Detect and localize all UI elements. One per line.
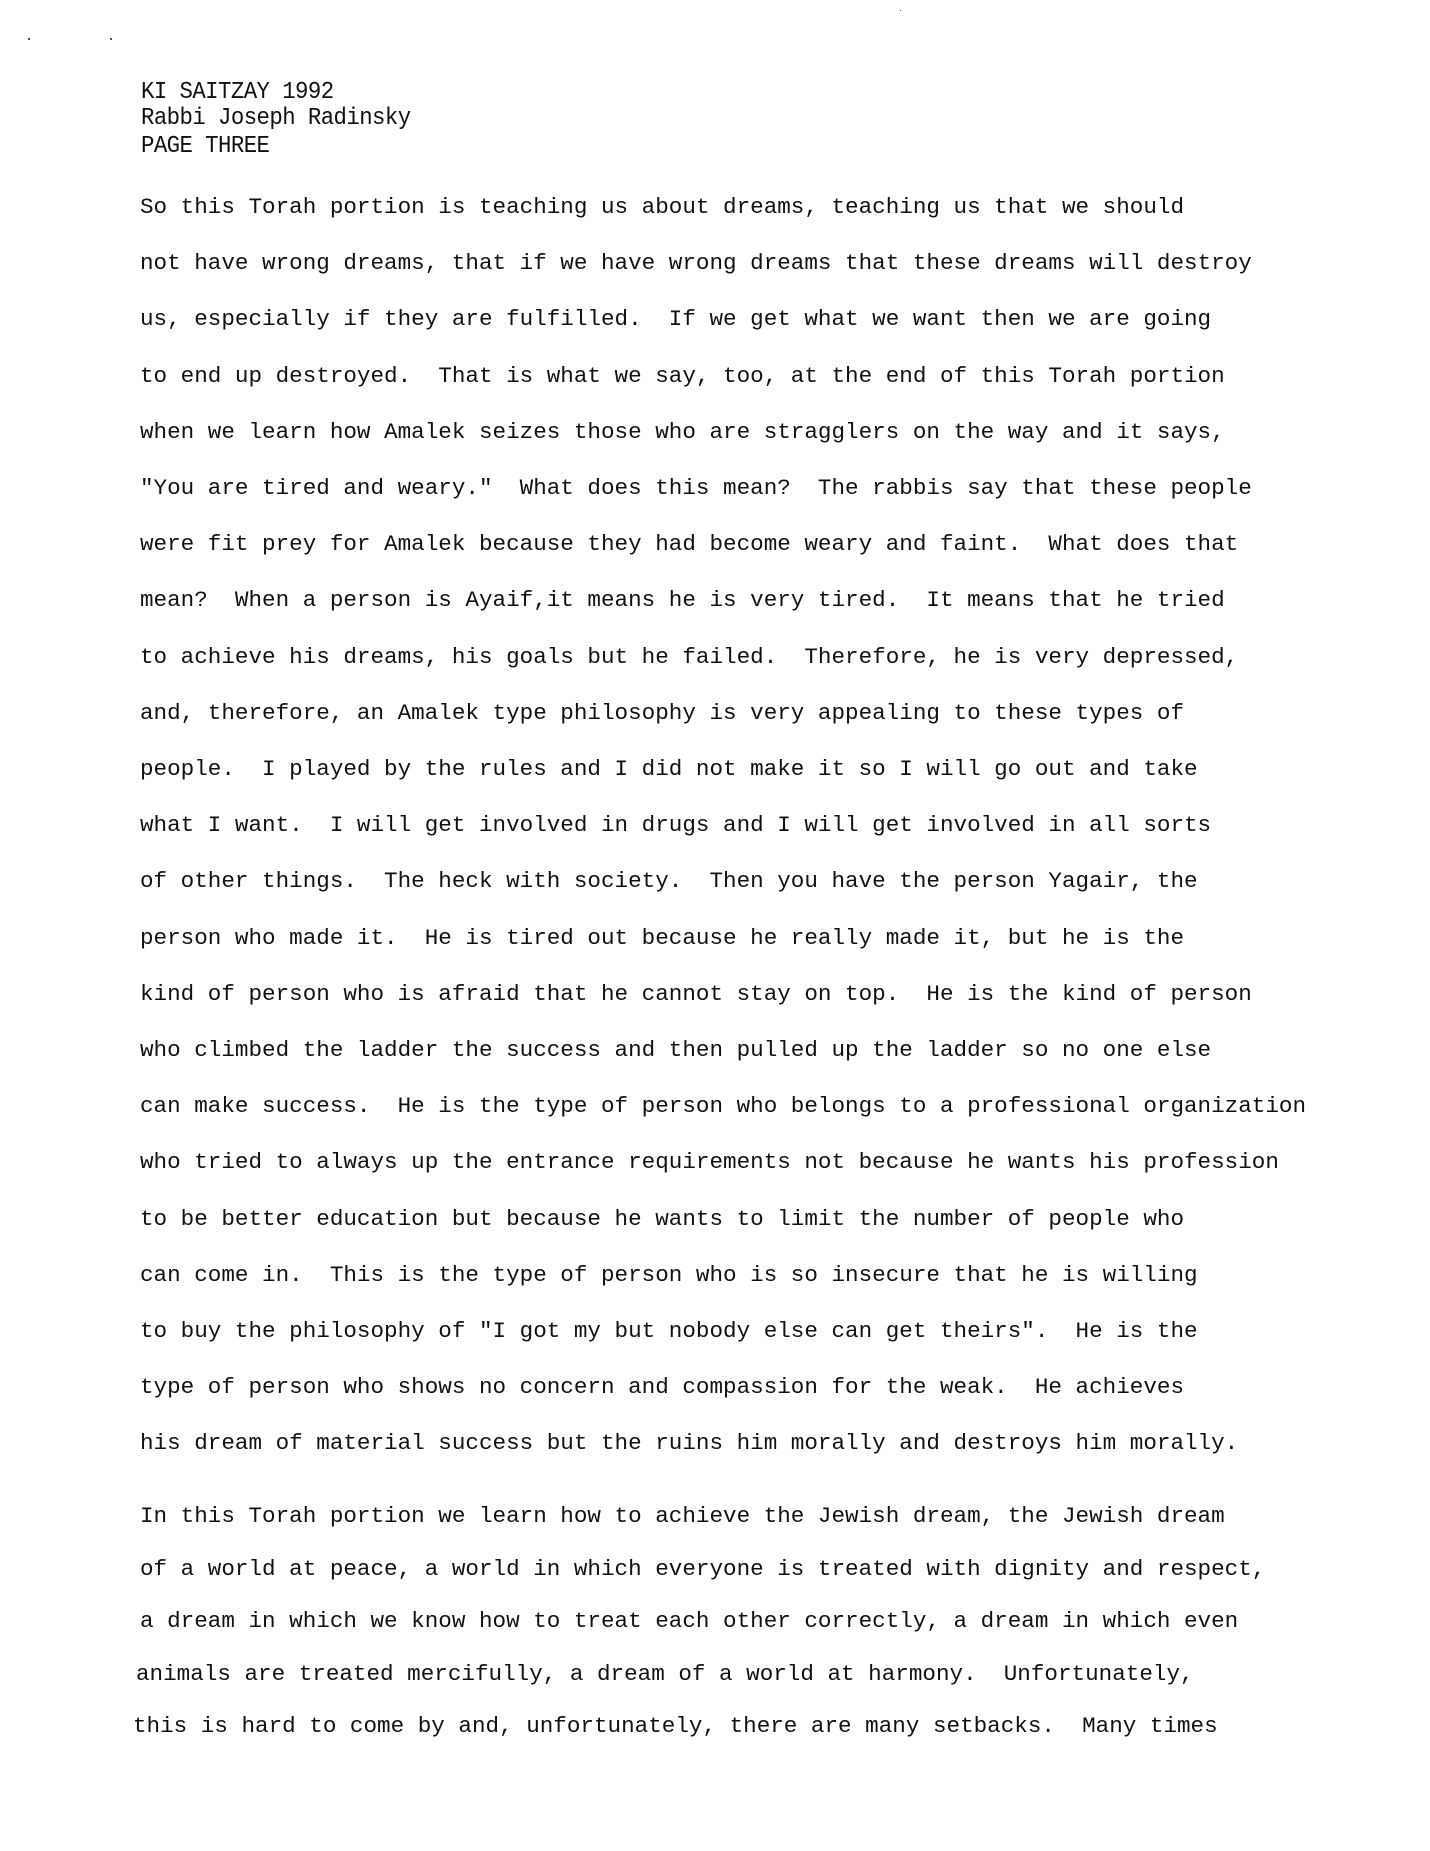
text-line: who tried to always up the entrance requ… (140, 1149, 1279, 1175)
text-line: who climbed the ladder the success and t… (140, 1037, 1211, 1063)
text-line: this is hard to come by and, unfortunate… (133, 1713, 1218, 1739)
scanned-page: KI SAITZAY 1992 Rabbi Joseph Radinsky PA… (0, 0, 1430, 1851)
scan-speck (900, 10, 901, 11)
text-line: to end up destroyed. That is what we say… (140, 363, 1225, 389)
text-line: of other things. The heck with society. … (140, 868, 1198, 894)
text-line: a dream in which we know how to treat ea… (140, 1608, 1238, 1634)
document-author: Rabbi Joseph Radinsky (141, 106, 411, 132)
text-line: not have wrong dreams, that if we have w… (140, 250, 1252, 276)
text-line: to achieve his dreams, his goals but he … (140, 644, 1238, 670)
text-line: can make success. He is the type of pers… (140, 1093, 1306, 1119)
text-line: of a world at peace, a world in which ev… (140, 1556, 1265, 1582)
text-line: what I want. I will get involved in drug… (140, 812, 1211, 838)
text-line: In this Torah portion we learn how to ac… (140, 1503, 1225, 1529)
text-line: kind of person who is afraid that he can… (140, 981, 1252, 1007)
document-title: KI SAITZAY 1992 (141, 80, 411, 106)
scan-speck (110, 38, 112, 40)
text-line: animals are treated mercifully, a dream … (136, 1661, 1194, 1687)
text-line: mean? When a person is Ayaif,it means he… (140, 587, 1225, 613)
document-header: KI SAITZAY 1992 Rabbi Joseph Radinsky PA… (141, 80, 431, 160)
text-line: us, especially if they are fulfilled. If… (140, 306, 1211, 332)
text-line: "You are tired and weary." What does thi… (140, 475, 1252, 501)
text-line: So this Torah portion is teaching us abo… (140, 194, 1184, 220)
text-line: and, therefore, an Amalek type philosoph… (140, 700, 1184, 726)
text-line: his dream of material success but the ru… (140, 1430, 1238, 1456)
text-line: when we learn how Amalek seizes those wh… (140, 419, 1225, 445)
text-line: were fit prey for Amalek because they ha… (140, 531, 1238, 557)
text-line: type of person who shows no concern and … (140, 1374, 1184, 1400)
scan-speck (28, 38, 30, 40)
text-line: person who made it. He is tired out beca… (140, 925, 1184, 951)
page-label: PAGE THREE (141, 134, 411, 160)
text-line: to be better education but because he wa… (140, 1206, 1184, 1232)
text-line: can come in. This is the type of person … (140, 1262, 1198, 1288)
text-line: to buy the philosophy of "I got my but n… (140, 1318, 1198, 1344)
text-line: people. I played by the rules and I did … (140, 756, 1198, 782)
